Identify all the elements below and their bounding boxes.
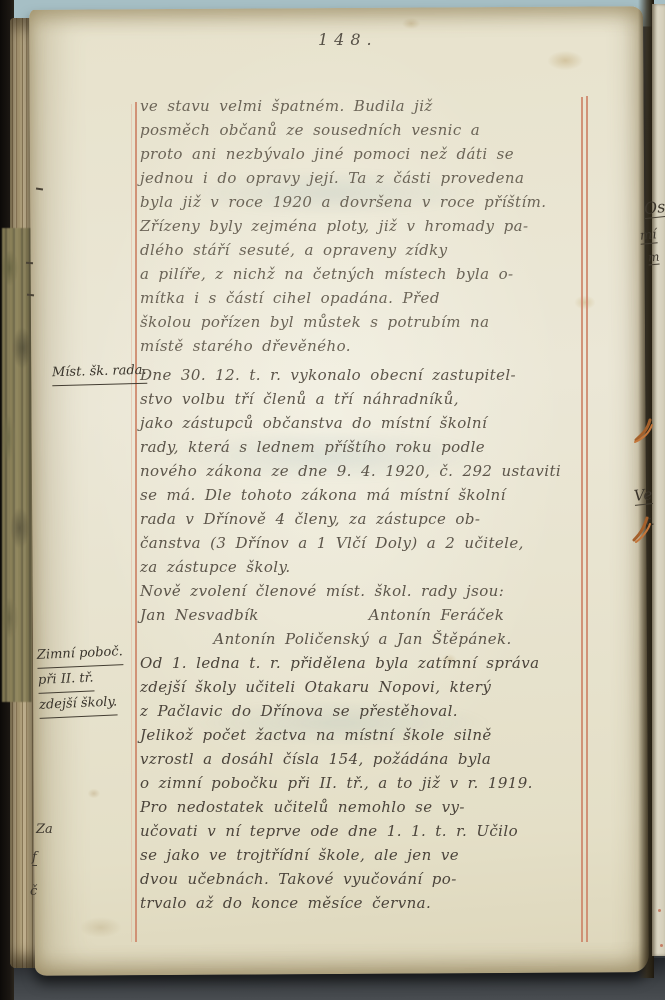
- next-page-fragment: mí: [639, 227, 657, 244]
- handwriting-line: o zimní pobočku při II. tř., a to již v …: [140, 771, 584, 795]
- handwriting-line: Nově zvolení členové míst. škol. rady js…: [140, 579, 584, 603]
- left-edge-fragment: f: [32, 850, 37, 866]
- facing-page-sliver: [652, 4, 665, 956]
- handwriting-line: zdejší školy učiteli Otakaru Nopovi, kte…: [140, 675, 584, 699]
- handwriting-line: stvo volbu tří členů a tří náhradníků,: [140, 387, 584, 411]
- binding-thread-stitch: [630, 514, 654, 548]
- handwriting-line: a pilíře, z nichž na četných místech byl…: [140, 262, 584, 286]
- next-page-rule-dot: [660, 944, 663, 947]
- handwriting-line: čanstva (3 Dřínov a 1 Vlčí Doly) a 2 uči…: [140, 531, 584, 555]
- handwriting-line: místě starého dřevěného.: [140, 334, 584, 358]
- handwriting-line: rady, která s lednem příštího roku podle: [140, 435, 584, 459]
- next-page-fragment: Ve: [633, 485, 653, 506]
- left-margin-rule: [135, 102, 137, 942]
- handwriting-line: jako zástupců občanstva do místní školní: [140, 411, 584, 435]
- handwriting-line: Pro nedostatek učitelů nemohlo se vy-: [140, 795, 584, 819]
- marbled-page-edges: [2, 228, 32, 702]
- paragraph-school-repairs: ve stavu velmi špatném. Budila již posmě…: [140, 94, 584, 358]
- next-page-fragment: m: [647, 250, 660, 266]
- binding-thread-stitch: [632, 416, 656, 448]
- next-page-fragment: Os: [643, 197, 665, 219]
- handwriting-line: posměch občanů ze sousedních vesnic a: [140, 118, 584, 142]
- left-margin-rule-faint: [131, 104, 132, 942]
- handwriting-line: z Pačlavic do Dřínova se přestěhoval.: [140, 699, 584, 723]
- handwriting-line: nového zákona ze dne 9. 4. 1920, č. 292 …: [140, 459, 584, 483]
- handwriting-line: za zástupce školy.: [140, 555, 584, 579]
- handwriting-line: ve stavu velmi špatném. Budila již: [140, 94, 584, 118]
- margin-note-text: Zimní poboč.: [36, 640, 123, 669]
- handwriting-line: Jelikož počet žactva na místní škole sil…: [140, 723, 584, 747]
- margin-note-text: zdejší školy.: [39, 690, 118, 718]
- margin-note-text: Míst. šk. rada.: [52, 359, 147, 386]
- next-page-rule-dot: [658, 909, 661, 912]
- paragraph-school-council-election: Dne 30. 12. t. r. vykonalo obecní zastup…: [140, 363, 584, 651]
- paragraph-winter-branch-class: Od 1. ledna t. r. přidělena byla zatímní…: [140, 651, 584, 915]
- handwriting-line: trvalo až do konce měsíce června.: [140, 891, 584, 915]
- handwriting-line: byla již v roce 1920 a dovršena v roce p…: [140, 190, 584, 214]
- handwritten-text-block: ve stavu velmi špatném. Budila již posmě…: [140, 94, 584, 915]
- handwriting-line: jednou i do opravy její. Ta z části prov…: [140, 166, 584, 190]
- handwriting-line: proto ani nezbývalo jiné pomoci než dáti…: [140, 142, 584, 166]
- handwriting-line: se má. Dle tohoto zákona má místní školn…: [140, 483, 584, 507]
- handwriting-line: Dne 30. 12. t. r. vykonalo obecní zastup…: [140, 363, 584, 387]
- handwriting-line: učovati v ní teprve ode dne 1. 1. t. r. …: [140, 819, 584, 843]
- margin-note-local-school-council: Míst. šk. rada.: [52, 359, 147, 386]
- margin-note-winter-branch: Zimní poboč. při II. tř. zdejší školy.: [36, 640, 125, 719]
- handwriting-line: školou pořízen byl můstek s potrubím na: [140, 310, 584, 334]
- handwriting-line: dlého stáří sesuté, a opraveny zídky: [140, 238, 584, 262]
- handwriting-line: se jako ve trojtřídní škole, ale jen ve: [140, 843, 584, 867]
- margin-note-text: při II. tř.: [37, 666, 94, 693]
- handwriting-line: Od 1. ledna t. r. přidělena byla zatímní…: [140, 651, 584, 675]
- handwriting-line: rada v Dřínově 4 členy, za zástupce ob-: [140, 507, 584, 531]
- handwriting-line: vzrostl a dosáhl čísla 154, požádána byl…: [140, 747, 584, 771]
- left-edge-fragment: č: [30, 884, 37, 899]
- left-edge-fragment: Za: [36, 822, 53, 837]
- handwriting-line-council-names: Antonín Poličenský a Jan Štěpánek.: [140, 627, 584, 651]
- page-number: 148.: [318, 30, 378, 49]
- right-margin-rule-outer: [586, 96, 588, 942]
- handwriting-line: mítka i s částí cihel opadána. Před: [140, 286, 584, 310]
- handwriting-line-council-names: Jan Nesvadbík Antonín Feráček: [140, 603, 584, 627]
- handwriting-line: dvou učebnách. Takové vyučování po-: [140, 867, 584, 891]
- handwriting-line: Zřízeny byly zejména ploty, již v hromad…: [140, 214, 584, 238]
- margin-tick-mark: [26, 262, 33, 264]
- photo-of-open-book: 148. ve stavu velmi špatném. Budila již …: [0, 0, 665, 1000]
